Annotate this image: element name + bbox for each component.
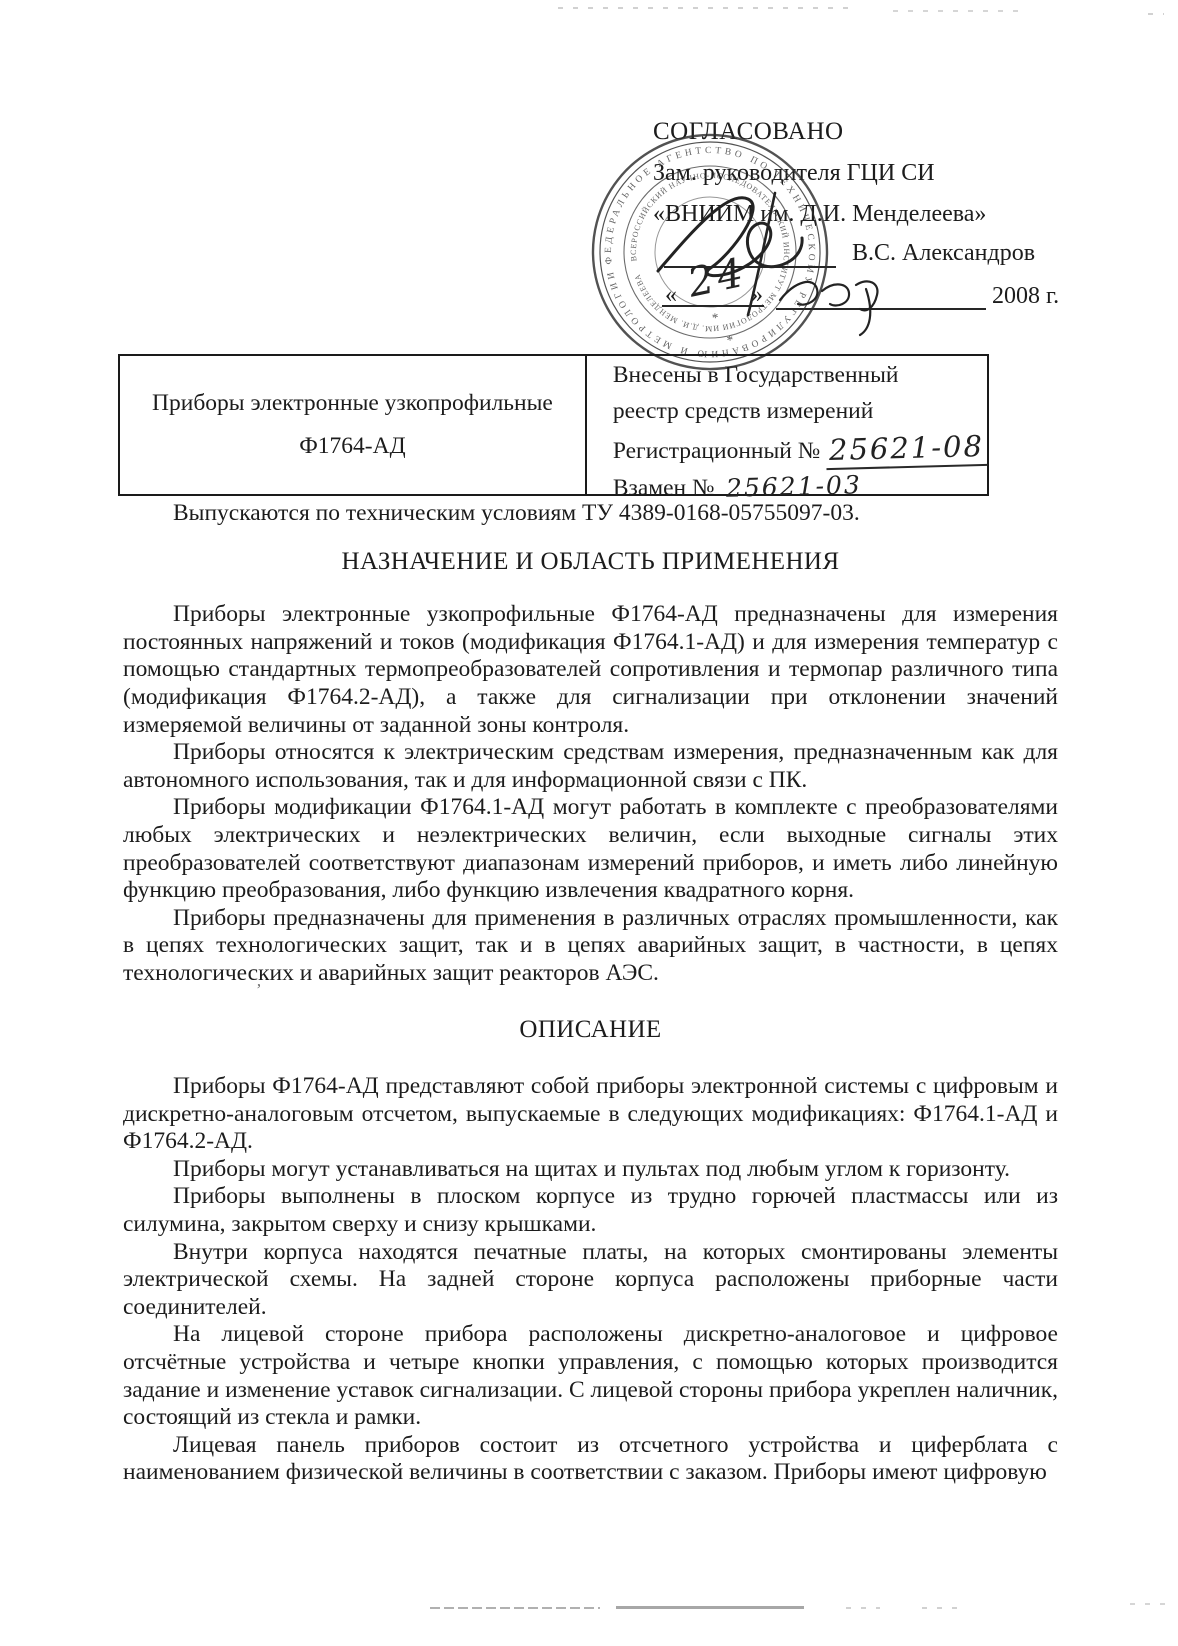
scan-noise-bottom [1130,1603,1170,1605]
paragraph: Приборы могут устанавливаться на щитах и… [123,1156,1058,1184]
device-name-line2: Ф1764-АД [299,433,405,460]
document-body: Выпускаются по техническим условиям ТУ 4… [123,500,1058,1487]
paragraph: Внутри корпуса находятся печатные платы,… [123,1239,1058,1322]
device-name-line1: Приборы электронные узкопрофильные [152,390,553,417]
replaced-number-label: Взамен № [613,475,715,501]
registry-line2: реестр средств измерений [613,393,987,429]
approval-year: 2008 г. [992,283,1059,310]
registry-number-label: Регистрационный № [613,438,820,464]
paragraph: Приборы модификации Ф1764.1-АД могут раб… [123,794,1058,904]
scan-noise-top [558,7,854,9]
registry-info-cell: Внесены в Государственный реестр средств… [587,356,987,494]
device-name-cell: Приборы электронные узкопрофильные Ф1764… [120,356,587,494]
registry-number-handwritten: 25621-08 [826,428,988,471]
scanned-document-page: СОГЛАСОВАНО Зам. руководителя ГЦИ СИ «ВН… [0,0,1178,1646]
scan-noise-top [1148,13,1164,15]
paragraph: Приборы Ф1764-АД представляют собой приб… [123,1073,1058,1156]
registry-line1: Внесены в Государственный [613,357,987,393]
handwritten-month-scribble [770,252,950,342]
paragraph: Приборы относятся к электрическим средст… [123,739,1058,794]
scan-noise-top [893,10,1021,12]
registry-table: Приборы электронные узкопрофильные Ф1764… [118,354,989,496]
tu-conditions-line: Выпускаются по техническим условиям ТУ 4… [123,500,1058,528]
paragraph: Приборы предназначены для применения в р… [123,905,1058,988]
paragraph: На лицевой стороне прибора расположены д… [123,1321,1058,1431]
paragraph: Приборы электронные узкопрофильные Ф1764… [123,601,1058,739]
paragraph: Приборы выполнены в плоском корпусе из т… [123,1183,1058,1238]
scan-noise-bottom [846,1607,880,1609]
scan-noise-bottom [430,1607,600,1609]
section-heading-description: ОПИСАНИЕ [123,1016,1058,1044]
scan-noise-bottom [616,1606,804,1609]
paragraph: Лицевая панель приборов состоит из отсче… [123,1432,1058,1487]
registry-number-row: Регистрационный № 25621-08 [613,430,987,469]
stamp-star-icon: * [726,332,734,348]
scan-noise-bottom [922,1607,962,1609]
section-heading-purpose: НАЗНАЧЕНИЕ И ОБЛАСТЬ ПРИМЕНЕНИЯ [123,548,1058,576]
